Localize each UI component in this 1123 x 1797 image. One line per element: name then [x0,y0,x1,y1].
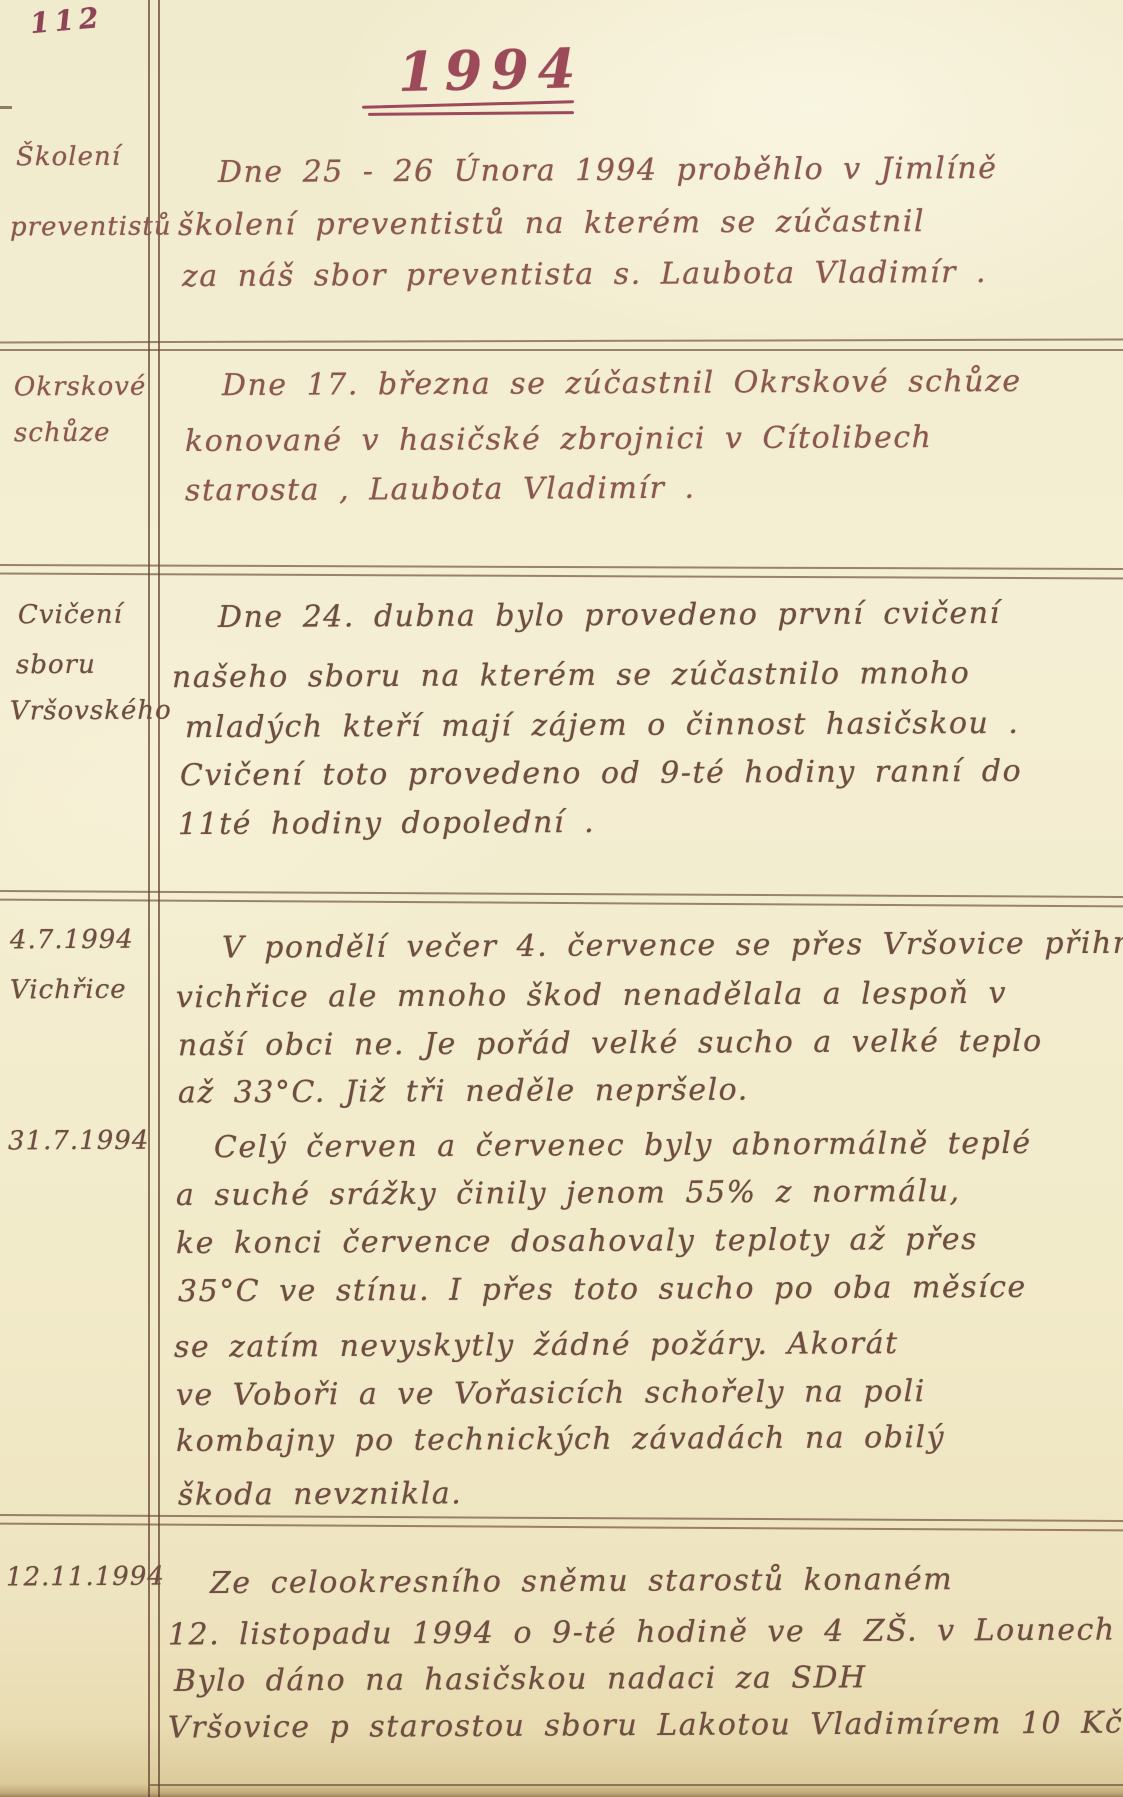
entry-line: Dne 17. března se zúčastnil Okrskové sch… [222,364,1022,403]
separator-3b [0,899,1123,908]
page-number: 112 [29,1,105,40]
separator-2a [0,564,1123,570]
entry-line: Dne 25 - 26 Února 1994 proběhlo v Jimlín… [218,151,998,190]
bottom-rule [150,1784,1123,1786]
entry-line: se zatím nevyskytly žádné požáry. Akorát [174,1326,899,1365]
entry-line: Cvičení toto provedeno od 9-té hodiny ra… [180,754,1022,793]
entry-margin-label: Cvičení [18,600,123,631]
entry-line: školení preventistů na kterém se zúčastn… [178,204,925,243]
entry-line: mladých kteří mají zájem o činnost hasič… [185,706,1020,745]
separator-1b [0,349,1123,351]
title-underline-2 [368,111,574,116]
entry-line: starosta , Laubota Vladimír . [185,471,696,509]
entry-line: a suché srážky činily jenom 55% z normál… [176,1174,961,1213]
entry-margin-label: schůze [14,418,111,449]
page-title: 1994 [397,36,585,104]
entry-margin-label: 12.11.1994 [6,1562,165,1593]
entry-line: ke konci července dosahovaly teploty až … [176,1222,978,1261]
entry-margin-label: 31.7.1994 [8,1126,149,1157]
entry-margin-label: Školení [16,142,121,173]
scan-speck [0,106,12,109]
separator-3a [0,890,1123,898]
entry-line: kombajny po technických závadách na obil… [176,1420,945,1459]
entry-line: 12. listopadu 1994 o 9-té hodině ve 4 ZŠ… [168,1613,1116,1653]
entry-line: Dne 24. dubna bylo provedeno první cviče… [218,596,1001,635]
entry-line: až 33°C. Již tři neděle nepršelo. [178,1073,749,1111]
entry-margin-label: preventistů [10,212,172,243]
separator-1a [0,339,1123,344]
entry-line: Vršovice p starostou sboru Lakotou Vladi… [168,1705,1123,1745]
entry-margin-label: sboru [16,650,96,680]
entry-line: Celý červen a červenec byly abnormálně t… [214,1126,1032,1165]
entry-line: naší obci ne. Je pořád velké sucho a vel… [178,1024,1043,1064]
entry-line: 11té hodiny dopolední . [178,805,595,842]
entry-line: 35°C ve stínu. I přes toto sucho po oba … [178,1270,1027,1309]
separator-4a [0,1514,1123,1522]
entry-line: škoda nevznikla. [178,1476,462,1512]
separator-2b [0,573,1123,580]
entry-margin-label: 4.7.1994 [10,925,134,956]
entry-line: vichřice ale mnoho škod nenadělala a les… [176,976,1007,1015]
separator-4b [0,1523,1123,1532]
entry-margin-label: Vichřice [10,975,127,1006]
entry-line: za náš sbor preventista s. Laubota Vladi… [182,255,987,294]
entry-line: konované v hasičské zbrojnici v Cítolibe… [185,420,933,459]
entry-margin-label: Okrskové [14,372,146,403]
chronicle-page: 112 1994 Školení preventistů Dne 25 - 26… [0,0,1123,1797]
margin-rule-inner [158,0,160,1797]
entry-line: Bylo dáno na hasičskou nadaci za SDH [174,1660,867,1699]
entry-line: našeho sboru na kterém se zúčastnilo mno… [172,656,970,695]
entry-line: V pondělí večer 4. července se přes Vršo… [222,925,1123,965]
entry-line: Ze celookresního sněmu starostů konaném [210,1562,953,1601]
entry-margin-label: Vršovského [10,696,172,727]
entry-line: ve Voboři a ve Vořasicích schořely na po… [176,1374,926,1413]
